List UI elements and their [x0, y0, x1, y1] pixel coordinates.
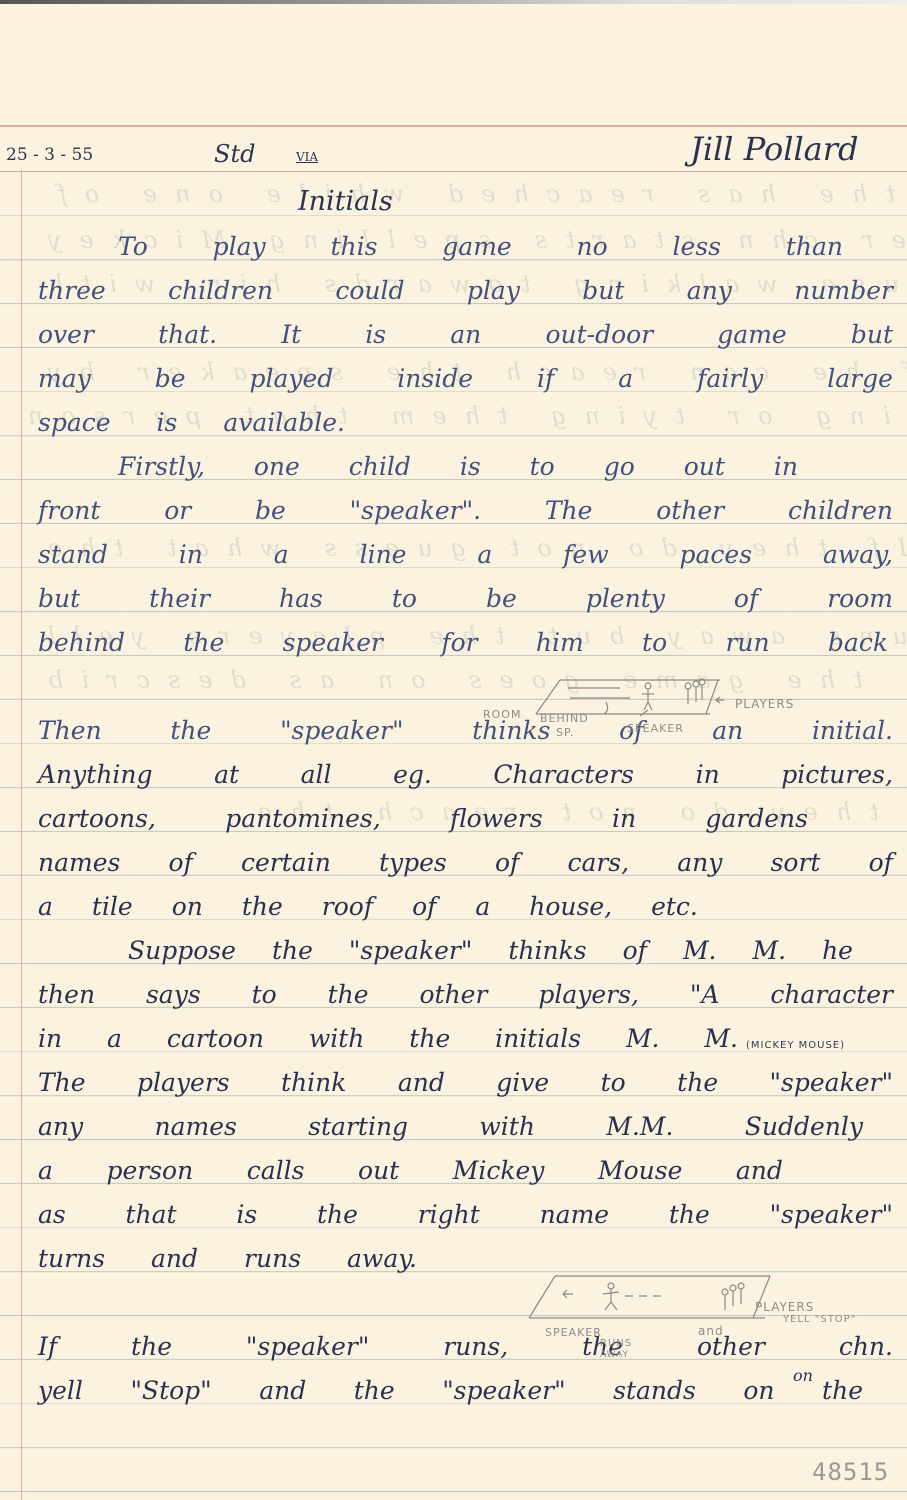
- bleed-through-text: stop and the game goes on as describ: [30, 666, 907, 694]
- essay-line: frontorbe"speaker".Theotherchildren: [38, 496, 893, 525]
- word: plenty: [586, 584, 665, 613]
- archive-number: 48515: [812, 1458, 889, 1486]
- word: M.M.: [606, 1112, 673, 1141]
- word: calls: [247, 1156, 305, 1185]
- word: be: [255, 496, 286, 525]
- word: a: [274, 540, 289, 569]
- word: the: [317, 1200, 358, 1229]
- word: M.: [683, 936, 717, 965]
- word: eg.: [393, 760, 432, 789]
- word: Suppose: [128, 936, 236, 965]
- word: then: [38, 980, 95, 1009]
- word: pantomines,: [225, 804, 380, 833]
- word: players,: [538, 980, 639, 1009]
- word: speaker: [283, 628, 383, 657]
- scan-edge: [0, 0, 907, 4]
- word: he: [822, 936, 853, 965]
- word: line: [360, 540, 407, 569]
- word: initial.: [812, 716, 893, 745]
- essay-line: spaceisavailable.: [38, 408, 345, 437]
- word: game: [717, 320, 786, 349]
- word: and: [398, 1068, 445, 1097]
- sketch-speaker-runs: [525, 1272, 775, 1322]
- word: The: [38, 1068, 86, 1097]
- sketch2-label-speaker: SPEAKER: [545, 1326, 602, 1339]
- essay-line: yell"Stop"andthe"speaker"standsonthe: [38, 1376, 863, 1405]
- word: right: [418, 1200, 480, 1229]
- word: few: [563, 540, 608, 569]
- word: behind: [38, 628, 125, 657]
- word: as: [38, 1200, 66, 1229]
- essay-line: Theplayersthinkandgivetothe"speaker": [38, 1068, 893, 1097]
- word: with: [309, 1024, 365, 1053]
- essay-line: thensaystotheotherplayers,"Acharacter: [38, 980, 893, 1009]
- word: To: [118, 232, 148, 261]
- word: inside: [397, 364, 473, 393]
- word: tile: [92, 892, 133, 921]
- word: name: [540, 1200, 610, 1229]
- mickey-mouse-caption: (MICKEY MOUSE): [746, 1040, 845, 1051]
- word: "speaker": [770, 1068, 893, 1097]
- word: cars,: [567, 848, 629, 877]
- word: fairly: [697, 364, 763, 393]
- word: room: [827, 584, 893, 613]
- word: to: [530, 452, 555, 481]
- word: and: [736, 1156, 783, 1185]
- word: "speaker": [280, 716, 403, 745]
- word: and: [259, 1376, 306, 1405]
- header-red-rule: [0, 171, 907, 172]
- word: him: [536, 628, 584, 657]
- sketch-label-players: PLAYERS: [735, 697, 794, 711]
- word: other: [656, 496, 724, 525]
- word: a: [477, 540, 492, 569]
- word: "A: [690, 980, 720, 1009]
- word: other: [419, 980, 487, 1009]
- word: chn.: [839, 1332, 893, 1361]
- word: play: [213, 232, 266, 261]
- word: if: [537, 364, 554, 393]
- date: 25 - 3 - 55: [6, 145, 93, 165]
- word: flowers: [450, 804, 543, 833]
- word: back: [828, 628, 888, 657]
- word: Mickey: [453, 1156, 545, 1185]
- word: the: [677, 1068, 718, 1097]
- sketch2-label-yell-stop: YELL "STOP": [783, 1314, 856, 1325]
- word: the: [131, 1332, 172, 1361]
- word: that: [126, 1200, 177, 1229]
- word: number: [794, 276, 893, 305]
- word: one: [254, 452, 300, 481]
- word: to: [392, 584, 417, 613]
- word: Mouse: [598, 1156, 682, 1185]
- sketch-label-room: ROOM: [483, 708, 521, 721]
- word: a: [618, 364, 633, 393]
- word: less: [673, 232, 721, 261]
- word: space: [38, 408, 111, 437]
- word: names: [38, 848, 120, 877]
- essay-line: cartoons,pantomines,flowersingardens: [38, 804, 808, 833]
- word: Suddenly: [745, 1112, 863, 1141]
- word: Anything: [38, 760, 153, 789]
- word: is: [157, 408, 178, 437]
- word: out: [684, 452, 725, 481]
- essay-line: apersoncallsoutMickeyMouseand: [38, 1156, 783, 1185]
- word: a: [38, 892, 53, 921]
- word: character: [770, 980, 893, 1009]
- essay-line: Anythingatalleg.Charactersinpictures,: [38, 760, 893, 789]
- word: on: [743, 1376, 774, 1405]
- word: house,: [529, 892, 612, 921]
- class-label: VIA: [296, 150, 318, 164]
- sketch2-label-away: AWAY: [600, 1350, 629, 1360]
- word: with: [479, 1112, 535, 1141]
- word: Characters: [493, 760, 634, 789]
- word: roof: [322, 892, 373, 921]
- word: but: [582, 276, 624, 305]
- word: the: [242, 892, 283, 921]
- word: in: [774, 452, 798, 481]
- word: in: [38, 1024, 62, 1053]
- word: go: [604, 452, 635, 481]
- word: of: [495, 848, 519, 877]
- word: run: [725, 628, 769, 657]
- word: child: [349, 452, 411, 481]
- word: in: [612, 804, 636, 833]
- essay-line: standinalineafewpacesaway,: [38, 540, 893, 569]
- word: stand: [38, 540, 108, 569]
- word: cartoon: [167, 1024, 264, 1053]
- word: in: [696, 760, 720, 789]
- word: over: [38, 320, 94, 349]
- word: is: [236, 1200, 257, 1229]
- insertion-on: on: [793, 1366, 813, 1385]
- word: away,: [823, 540, 893, 569]
- word: a: [38, 1156, 53, 1185]
- word: stands: [613, 1376, 696, 1405]
- essay-line: maybeplayedinsideifafairlylarge: [38, 364, 893, 393]
- word: "speaker": [349, 936, 472, 965]
- word: any: [677, 848, 722, 877]
- word: this: [330, 232, 377, 261]
- word: It: [281, 320, 301, 349]
- word: gardens: [705, 804, 808, 833]
- word: "speaker": [246, 1332, 369, 1361]
- word: paces: [680, 540, 753, 569]
- sketch2-label-players: PLAYERS: [755, 1300, 814, 1314]
- word: could: [335, 276, 404, 305]
- word: an: [450, 320, 481, 349]
- essay-line: Supposethe"speaker"thinksofM.M.he: [128, 936, 853, 965]
- word: but: [851, 320, 893, 349]
- word: any: [38, 1112, 83, 1141]
- word: large: [827, 364, 893, 393]
- word: than: [786, 232, 843, 261]
- essay-line: inacartoonwiththeinitialsM.M.: [38, 1024, 738, 1053]
- word: etc.: [651, 892, 698, 921]
- word: of: [412, 892, 436, 921]
- word: children: [788, 496, 893, 525]
- word: to: [252, 980, 277, 1009]
- word: of: [623, 936, 647, 965]
- word: all: [301, 760, 332, 789]
- word: the: [170, 716, 211, 745]
- sketch2-label-and: and: [698, 1324, 724, 1338]
- essay-line: behindthespeakerforhimtorunback: [38, 628, 888, 657]
- word: to: [642, 628, 667, 657]
- word: be: [486, 584, 517, 613]
- author-name: Jill Pollard: [690, 130, 859, 168]
- word: Then: [38, 716, 102, 745]
- essay-line: Toplaythisgamenolessthan: [118, 232, 843, 261]
- word: the: [328, 980, 369, 1009]
- word: of: [169, 848, 193, 877]
- word: initials: [495, 1024, 581, 1053]
- essay-line: turnsandrunsaway.: [38, 1244, 417, 1273]
- word: yell: [38, 1376, 83, 1405]
- word: a: [107, 1024, 122, 1053]
- bleed-through-text: upon the has reached while one of: [40, 180, 907, 208]
- word: a: [475, 892, 490, 921]
- word: names: [154, 1112, 236, 1141]
- sketch-label-sp: SP.: [556, 726, 574, 739]
- word: certain: [241, 848, 331, 877]
- word: M.: [704, 1024, 738, 1053]
- word: says: [146, 980, 201, 1009]
- word: available.: [223, 408, 345, 437]
- word: give: [496, 1068, 549, 1097]
- word: at: [214, 760, 239, 789]
- word: thinks: [508, 936, 586, 965]
- word: the: [669, 1200, 710, 1229]
- word: play: [467, 276, 520, 305]
- word: the: [183, 628, 224, 657]
- word: be: [155, 364, 186, 393]
- word: that.: [158, 320, 217, 349]
- word: the: [272, 936, 313, 965]
- word: runs,: [443, 1332, 508, 1361]
- word: the: [354, 1376, 395, 1405]
- word: think: [281, 1068, 346, 1097]
- word: but: [38, 584, 80, 613]
- word: any: [687, 276, 732, 305]
- word: runs: [244, 1244, 301, 1273]
- essay-line: Ifthe"speaker"runs,theotherchn.: [38, 1332, 893, 1361]
- word: M.: [626, 1024, 660, 1053]
- sketch2-label-runs: RUNS: [600, 1338, 632, 1349]
- word: has: [279, 584, 323, 613]
- word: If: [38, 1332, 57, 1361]
- word: played: [249, 364, 333, 393]
- word: or: [164, 496, 191, 525]
- word: game: [442, 232, 511, 261]
- word: of: [734, 584, 758, 613]
- word: cartoons,: [38, 804, 156, 833]
- essay-line: threechildrencouldplaybutanynumber: [38, 276, 893, 305]
- word: children: [168, 276, 273, 305]
- word: "speaker".: [350, 496, 481, 525]
- word: out: [358, 1156, 399, 1185]
- word: person: [106, 1156, 193, 1185]
- word: in: [179, 540, 203, 569]
- word: turns: [38, 1244, 105, 1273]
- standard-label: Std: [214, 140, 255, 168]
- left-margin-line: [21, 170, 22, 1500]
- word: front: [38, 496, 100, 525]
- word: is: [365, 320, 386, 349]
- word: is: [460, 452, 481, 481]
- word: and: [151, 1244, 198, 1273]
- sketch-label-speaker: SPEAKER: [627, 722, 684, 735]
- word: sort: [771, 848, 821, 877]
- word: types: [379, 848, 447, 877]
- word: of: [869, 848, 893, 877]
- page-title: Initials: [298, 186, 393, 217]
- word: "speaker": [770, 1200, 893, 1229]
- word: away.: [347, 1244, 417, 1273]
- word: their: [149, 584, 210, 613]
- word: for: [441, 628, 477, 657]
- word: no: [577, 232, 608, 261]
- top-red-rule: [0, 125, 907, 127]
- word: players: [137, 1068, 230, 1097]
- word: on: [172, 892, 203, 921]
- essay-line: atileontheroofofahouse,etc.: [38, 892, 698, 921]
- word: three: [38, 276, 106, 305]
- word: Firstly,: [118, 452, 205, 481]
- word: The: [545, 496, 593, 525]
- word: out-door: [545, 320, 653, 349]
- sketch-label-behind: BEHIND: [540, 712, 589, 725]
- word: may: [38, 364, 91, 393]
- word: the: [822, 1376, 863, 1405]
- word: the: [409, 1024, 450, 1053]
- word: to: [601, 1068, 626, 1097]
- essay-line: overthat.Itisanout-doorgamebut: [38, 320, 893, 349]
- word: M.: [753, 936, 787, 965]
- word: starting: [308, 1112, 408, 1141]
- essay-line: anynamesstartingwithM.M.Suddenly: [38, 1112, 863, 1141]
- word: "speaker": [442, 1376, 565, 1405]
- word: "Stop": [130, 1376, 211, 1405]
- word: pictures,: [781, 760, 893, 789]
- essay-line: asthatistherightnamethe"speaker": [38, 1200, 893, 1229]
- essay-line: buttheirhastobeplentyofroom: [38, 584, 893, 613]
- essay-line: namesofcertaintypesofcars,anysortof: [38, 848, 893, 877]
- essay-line: Firstly,onechildistogooutin: [118, 452, 798, 481]
